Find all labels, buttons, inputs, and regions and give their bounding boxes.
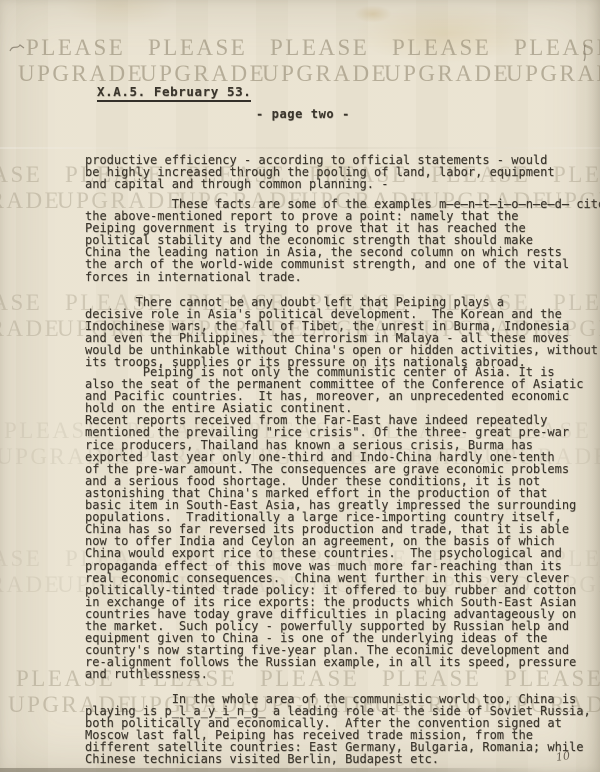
paragraph: In the whole area of the communistic wor… <box>85 693 600 766</box>
typewritten-body: productive efficiency - according to off… <box>0 0 600 772</box>
text-line: exported last year only one-third and In… <box>85 451 600 463</box>
text-line: forces in international trade. <box>85 271 600 283</box>
text-line: Chinese technicians visited Berlin, Buda… <box>85 753 600 765</box>
text-line: propaganda effect of this move was much … <box>85 560 600 572</box>
text-line: and capital and through common planning.… <box>85 178 600 190</box>
text-line: China would export rice to these countri… <box>85 547 600 559</box>
text-line: rice producers, Thailand has known a ser… <box>85 439 600 451</box>
scan-right-edge <box>586 0 600 772</box>
text-line: the arch of the world-wide communist str… <box>85 258 600 270</box>
text-line: mentioned the prevailing "rice crisis". … <box>85 426 600 438</box>
text-line: real economic consequences. China went f… <box>85 572 600 584</box>
paragraph: productive efficiency - according to off… <box>85 154 600 190</box>
text-line: and ruthlessness. <box>85 668 600 680</box>
scan-bottom-edge <box>0 768 545 772</box>
paragraph: Peiping is not only the communistic cent… <box>85 366 600 680</box>
handwritten-page-mark: 10 <box>555 749 571 764</box>
text-line: politically-tinted trade policy: it offe… <box>85 584 600 596</box>
paragraph: These facts are some of the examples m̶e… <box>85 198 600 283</box>
document-page: PLEASEUPGRADEPLEASEUPGRADEPLEASEUPGRADEP… <box>0 0 600 772</box>
pencil-scribble-mark <box>8 40 26 59</box>
paragraph: There cannot be any doubt left that Peip… <box>85 296 600 369</box>
